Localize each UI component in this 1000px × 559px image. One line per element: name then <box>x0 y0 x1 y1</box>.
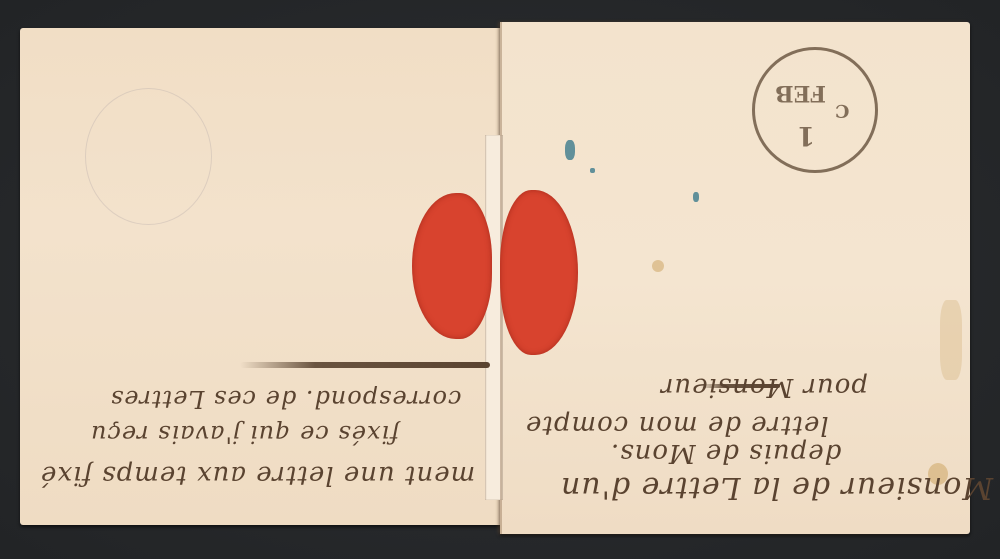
handwriting-line: ment une lettre aux temps fixé <box>40 460 475 490</box>
handwriting-line: depuis de Mons. <box>610 438 841 468</box>
postmark-letter: C <box>835 100 849 121</box>
ink-stroke <box>240 362 490 368</box>
blue-ink-spot <box>590 168 595 173</box>
handwriting-line: lettre de mon compte <box>525 410 829 440</box>
circular-postmark: 1 FEB C <box>752 47 878 173</box>
handwriting-line: Monsieur de la Lettre d'un <box>560 470 993 505</box>
handwriting-line: correspond. de ces Lettres <box>110 385 461 413</box>
postmark-month: FEB <box>775 80 826 106</box>
handwriting-line: pour Monsieur <box>660 372 868 402</box>
postmark-day: 1 <box>797 120 815 150</box>
wax-seal-left-half <box>412 193 492 339</box>
blue-ink-spot <box>693 192 699 202</box>
blue-ink-spot <box>565 140 575 160</box>
foxing-stain <box>652 260 664 272</box>
handwriting-line: fixés ce qui j'avais reçu <box>90 420 399 448</box>
faint-impression-circle <box>85 88 212 225</box>
edge-stain <box>940 300 962 380</box>
